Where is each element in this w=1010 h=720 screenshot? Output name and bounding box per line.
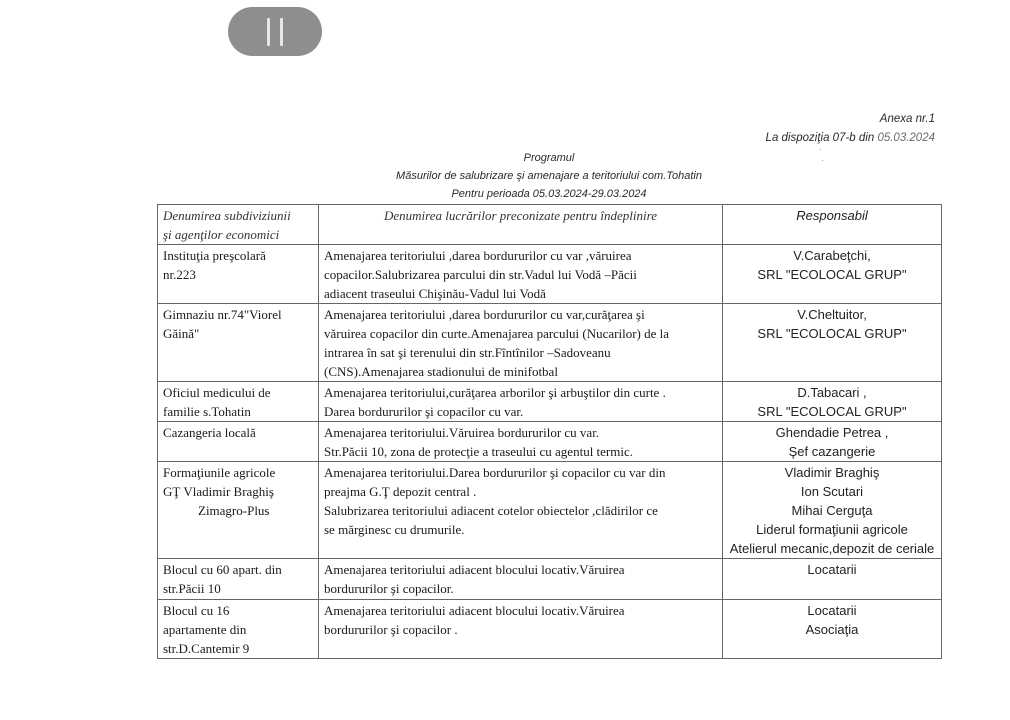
works-cell: Amenajarea teritoriului.Văruirea borduru… (319, 422, 723, 462)
works-cell: Amenajarea teritoriului ,darea bordururi… (319, 245, 723, 304)
subdivision-cell: Formaţiunile agricoleGŢ Vladimir Braghiş… (158, 462, 319, 559)
table-row: Oficiul medicului defamilie s.TohatinAme… (158, 382, 942, 422)
responsible-cell: LocatariiAsociaţia (723, 600, 942, 659)
header-subdivision: Denumirea subdiviziunii şi agenţilor eco… (158, 205, 319, 245)
header-responsible: Responsabil (723, 205, 942, 245)
works-cell: Amenajarea teritoriului.Darea bordururil… (319, 462, 723, 559)
works-cell: Amenajarea teritoriului adiacent bloculu… (319, 559, 723, 600)
responsible-cell: Locatarii (723, 559, 942, 600)
works-cell: Amenajarea teritoriului ,darea bordururi… (319, 304, 723, 382)
annex-reference-date: 05.03.2024 (877, 132, 935, 144)
responsible-cell: V.Cheltuitor,SRL "ECOLOCAL GRUP" (723, 304, 942, 382)
subdivision-cell: Blocul cu 60 apart. dinstr.Păcii 10 (158, 559, 319, 600)
works-cell: Amenajarea teritoriului adiacent bloculu… (319, 600, 723, 659)
table-row: Blocul cu 16apartamente dinstr.D.Cantemi… (158, 600, 942, 659)
table-header-row: Denumirea subdiviziunii şi agenţilor eco… (158, 205, 942, 245)
annex-reference: La dispoziţia 07-b din 05.03.2024 (766, 129, 935, 148)
table-row: Gimnaziu nr.74"ViorelGăină"Amenajarea te… (158, 304, 942, 382)
subdivision-cell: Blocul cu 16apartamente dinstr.D.Cantemi… (158, 600, 319, 659)
heading-line-2: Măsurilor de salubrizare şi amenajare a … (157, 167, 941, 185)
program-table: Denumirea subdiviziunii şi agenţilor eco… (157, 204, 942, 659)
header-works: Denumirea lucrărilor preconizate pentru … (319, 205, 723, 245)
responsible-cell: Ghendadie Petrea ,Şef cazangerie (723, 422, 942, 462)
responsible-cell: D.Tabacari ,SRL "ECOLOCAL GRUP" (723, 382, 942, 422)
heading-line-3: Pentru perioada 05.03.2024-29.03.2024 (157, 185, 941, 203)
program-heading: Programul Măsurilor de salubrizare şi am… (157, 149, 941, 203)
table-row: Formaţiunile agricoleGŢ Vladimir Braghiş… (158, 462, 942, 559)
responsible-cell: V.Carabeţchi,SRL "ECOLOCAL GRUP" (723, 245, 942, 304)
subdivision-cell: Oficiul medicului defamilie s.Tohatin (158, 382, 319, 422)
pause-button[interactable] (228, 7, 322, 56)
table-row: Blocul cu 60 apart. dinstr.Păcii 10Amena… (158, 559, 942, 600)
works-cell: Amenajarea teritoriului,curăţarea arbori… (319, 382, 723, 422)
subdivision-cell: Cazangeria locală (158, 422, 319, 462)
table-row: Cazangeria localăAmenajarea teritoriului… (158, 422, 942, 462)
pause-icon (262, 18, 288, 46)
subdivision-cell: Instituţia preşcolarănr.223 (158, 245, 319, 304)
table-row: Instituţia preşcolarănr.223Amenajarea te… (158, 245, 942, 304)
responsible-cell: Vladimir BraghişIon ScutariMihai Cerguţa… (723, 462, 942, 559)
heading-line-1: Programul (157, 149, 941, 167)
subdivision-cell: Gimnaziu nr.74"ViorelGăină" (158, 304, 319, 382)
annex-header: Anexa nr.1 La dispoziţia 07-b din 05.03.… (766, 110, 935, 148)
annex-title: Anexa nr.1 (766, 110, 935, 129)
